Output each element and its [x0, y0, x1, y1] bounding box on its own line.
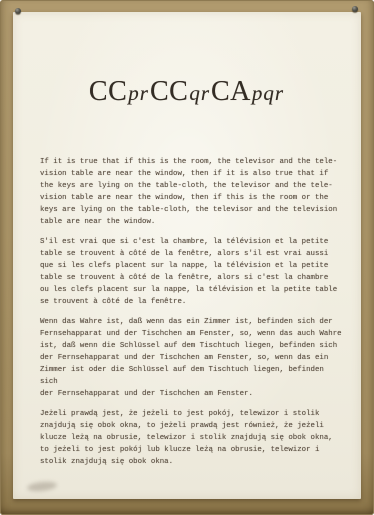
typewritten-text: If it is true that if this is the room, …	[40, 156, 344, 468]
title-notation: CCprCCqrCApqr	[13, 72, 361, 110]
title-segment-roman: CC	[89, 76, 127, 107]
paragraph-polish: Jeżeli prawdą jest, że jeżeli to jest po…	[40, 408, 344, 468]
paragraph-french: S'il est vrai que si c'est la chambre, l…	[40, 236, 344, 308]
paragraph-english: If it is true that if this is the room, …	[40, 156, 344, 228]
title-segment-italic: pqr	[251, 81, 285, 105]
corkboard: CCprCCqrCApqr If it is true that if this…	[0, 0, 374, 515]
pin-top-left-icon	[15, 8, 21, 14]
title-segment-roman: CC	[150, 76, 188, 107]
title-segment-roman: CA	[211, 76, 251, 107]
pin-top-right-icon	[352, 6, 358, 12]
paper-sheet: CCprCCqrCApqr If it is true that if this…	[13, 12, 361, 499]
title-segment-italic: qr	[188, 81, 211, 105]
title-segment-italic: pr	[127, 81, 150, 105]
paragraph-german: Wenn das Wahre ist, daß wenn das ein Zim…	[40, 316, 344, 400]
pencil-smudge	[27, 480, 58, 492]
